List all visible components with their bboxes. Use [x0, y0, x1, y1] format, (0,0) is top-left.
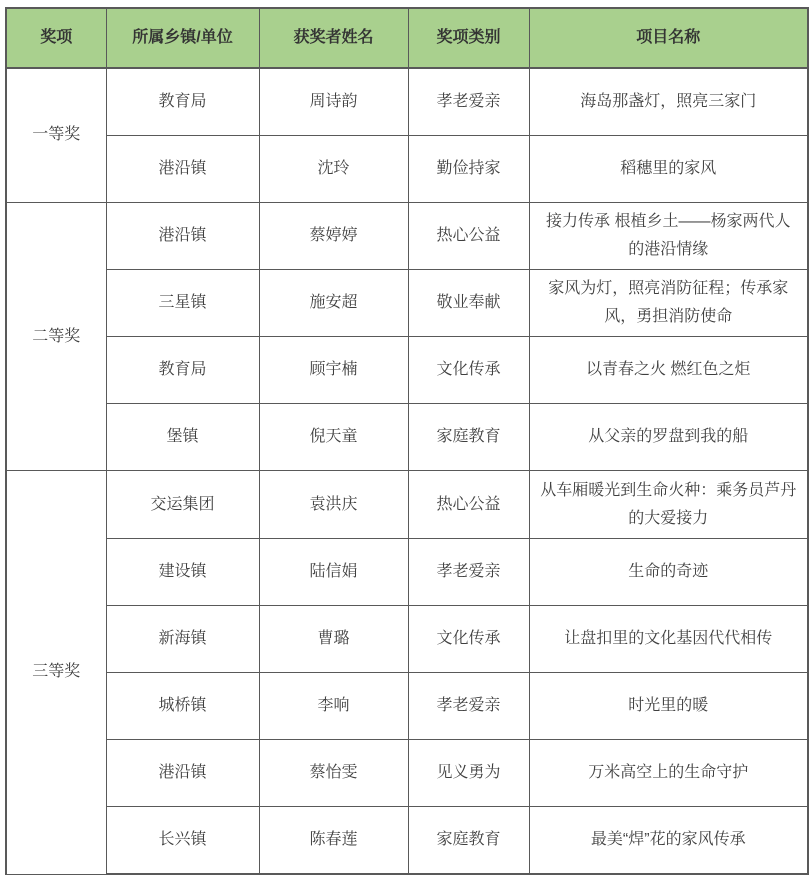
header-category: 奖项类别	[408, 8, 529, 68]
winner-name-cell: 蔡怡雯	[259, 740, 408, 807]
table-row: 堡镇 倪天童 家庭教育 从父亲的罗盘到我的船	[6, 404, 808, 471]
project-cell: 以青春之火 燃红色之炬	[529, 337, 808, 404]
category-cell: 勤俭持家	[408, 135, 529, 202]
table-row: 新海镇 曹璐 文化传承 让盘扣里的文化基因代代相传	[6, 605, 808, 672]
table-row: 城桥镇 李响 孝老爱亲 时光里的暖	[6, 672, 808, 739]
unit-cell: 堡镇	[106, 404, 259, 471]
category-cell: 热心公益	[408, 202, 529, 269]
winner-name-cell: 陆信娟	[259, 538, 408, 605]
header-project: 项目名称	[529, 8, 808, 68]
unit-cell: 建设镇	[106, 538, 259, 605]
winner-name-cell: 倪天童	[259, 404, 408, 471]
winner-name-cell: 陈春莲	[259, 807, 408, 874]
award-group-cell: 三等奖	[6, 471, 106, 874]
project-cell: 海岛那盏灯，照亮三家门	[529, 68, 808, 135]
unit-cell: 交运集团	[106, 471, 259, 538]
winner-name-cell: 顾宇楠	[259, 337, 408, 404]
unit-cell: 城桥镇	[106, 672, 259, 739]
project-cell: 最美“焊”花的家风传承	[529, 807, 808, 874]
project-cell: 稻穗里的家风	[529, 135, 808, 202]
category-cell: 文化传承	[408, 337, 529, 404]
table-row: 建设镇 陆信娟 孝老爱亲 生命的奇迹	[6, 538, 808, 605]
category-cell: 敬业奉献	[408, 269, 529, 336]
unit-cell: 港沿镇	[106, 202, 259, 269]
header-winner-name: 获奖者姓名	[259, 8, 408, 68]
project-cell: 家风为灯，照亮消防征程；传承家风，勇担消防使命	[529, 269, 808, 336]
winner-name-cell: 周诗韵	[259, 68, 408, 135]
awards-table: 奖项 所属乡镇/单位 获奖者姓名 奖项类别 项目名称 一等奖 教育局 周诗韵 孝…	[5, 7, 809, 875]
project-cell: 从车厢暖光到生命火种：乘务员芦丹的大爱接力	[529, 471, 808, 538]
table-row: 港沿镇 蔡怡雯 见义勇为 万米高空上的生命守护	[6, 740, 808, 807]
category-cell: 孝老爱亲	[408, 538, 529, 605]
table-row: 港沿镇 沈玲 勤俭持家 稻穗里的家风	[6, 135, 808, 202]
winner-name-cell: 李响	[259, 672, 408, 739]
unit-cell: 教育局	[106, 337, 259, 404]
winner-name-cell: 袁洪庆	[259, 471, 408, 538]
category-cell: 孝老爱亲	[408, 68, 529, 135]
award-group-cell: 一等奖	[6, 68, 106, 202]
winner-name-cell: 施安超	[259, 269, 408, 336]
page: 奖项 所属乡镇/单位 获奖者姓名 奖项类别 项目名称 一等奖 教育局 周诗韵 孝…	[0, 0, 810, 878]
unit-cell: 长兴镇	[106, 807, 259, 874]
project-cell: 从父亲的罗盘到我的船	[529, 404, 808, 471]
table-row: 教育局 顾宇楠 文化传承 以青春之火 燃红色之炬	[6, 337, 808, 404]
project-cell: 万米高空上的生命守护	[529, 740, 808, 807]
header-unit: 所属乡镇/单位	[106, 8, 259, 68]
project-cell: 让盘扣里的文化基因代代相传	[529, 605, 808, 672]
unit-cell: 新海镇	[106, 605, 259, 672]
header-row: 奖项 所属乡镇/单位 获奖者姓名 奖项类别 项目名称	[6, 8, 808, 68]
category-cell: 热心公益	[408, 471, 529, 538]
table-row: 二等奖 港沿镇 蔡婷婷 热心公益 接力传承 根植乡土——杨家两代人的港沿情缘	[6, 202, 808, 269]
table-row: 三星镇 施安超 敬业奉献 家风为灯，照亮消防征程；传承家风，勇担消防使命	[6, 269, 808, 336]
winner-name-cell: 蔡婷婷	[259, 202, 408, 269]
unit-cell: 三星镇	[106, 269, 259, 336]
unit-cell: 港沿镇	[106, 740, 259, 807]
table-row: 长兴镇 陈春莲 家庭教育 最美“焊”花的家风传承	[6, 807, 808, 874]
table-row: 三等奖 交运集团 袁洪庆 热心公益 从车厢暖光到生命火种：乘务员芦丹的大爱接力	[6, 471, 808, 538]
award-group-cell: 二等奖	[6, 202, 106, 471]
unit-cell: 教育局	[106, 68, 259, 135]
category-cell: 家庭教育	[408, 807, 529, 874]
table-header: 奖项 所属乡镇/单位 获奖者姓名 奖项类别 项目名称	[6, 8, 808, 68]
project-cell: 生命的奇迹	[529, 538, 808, 605]
table-row: 一等奖 教育局 周诗韵 孝老爱亲 海岛那盏灯，照亮三家门	[6, 68, 808, 135]
unit-cell: 港沿镇	[106, 135, 259, 202]
table-body: 一等奖 教育局 周诗韵 孝老爱亲 海岛那盏灯，照亮三家门 港沿镇 沈玲 勤俭持家…	[6, 68, 808, 874]
header-award: 奖项	[6, 8, 106, 68]
category-cell: 见义勇为	[408, 740, 529, 807]
project-cell: 时光里的暖	[529, 672, 808, 739]
project-cell: 接力传承 根植乡土——杨家两代人的港沿情缘	[529, 202, 808, 269]
category-cell: 文化传承	[408, 605, 529, 672]
winner-name-cell: 沈玲	[259, 135, 408, 202]
winner-name-cell: 曹璐	[259, 605, 408, 672]
category-cell: 孝老爱亲	[408, 672, 529, 739]
category-cell: 家庭教育	[408, 404, 529, 471]
